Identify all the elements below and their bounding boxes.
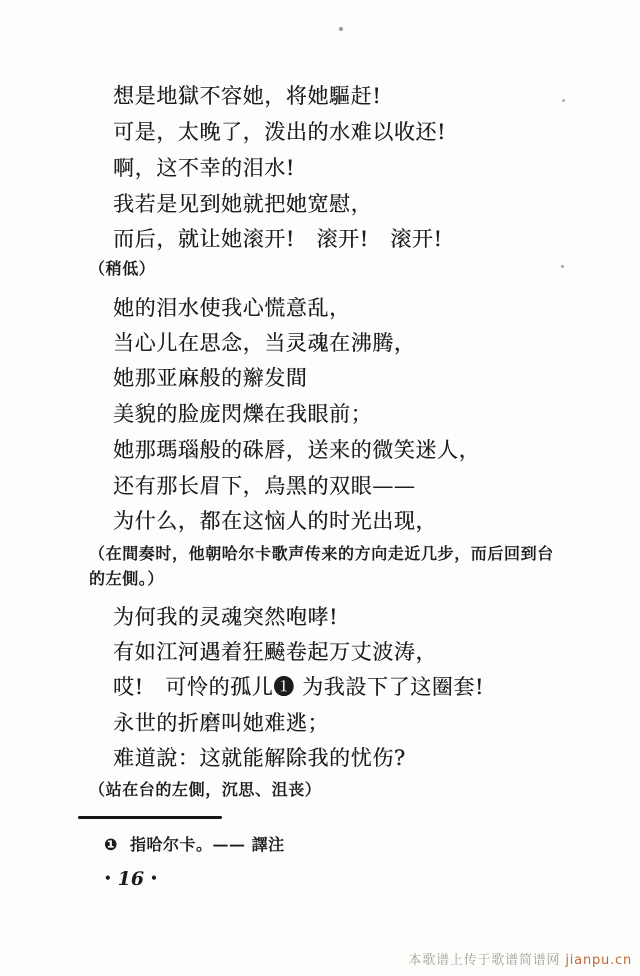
lyric-line: 为什么，都在这恼人的时光出现，	[113, 505, 437, 535]
lyric-line: 美貌的脸庞閃爍在我眼前；	[113, 398, 372, 428]
page-number-right-dot: •	[144, 871, 164, 885]
stage-direction: （站在台的左側，沉思、沮丧）	[89, 777, 321, 800]
footnote-marker-icon: ❶	[104, 835, 118, 854]
stage-direction: （在間奏时，他朝哈尔卡歌声传来的方向走近几步，而后回到台	[89, 541, 554, 564]
lyric-line: 可是，太晚了，泼出的水难以收还!	[113, 116, 446, 146]
footnote-rule	[78, 816, 222, 819]
lyric-line: 永世的折磨叫她难逃；	[113, 707, 329, 737]
scan-speck	[339, 27, 343, 31]
scanned-book-page: 想是地獄不容她，将她驅赶!可是，太晚了，泼出的水难以收还!啊，这不幸的泪水!我若…	[0, 0, 640, 976]
lyric-line: 她的泪水使我心慌意乱，	[113, 292, 351, 322]
lyric-line: 啊，这不幸的泪水!	[113, 152, 295, 182]
lyric-line: 她那亚麻般的辮发間	[113, 362, 307, 392]
lyric-line: 难道說：这就能解除我的忧伤?	[113, 742, 406, 772]
watermark: 本歌谱上传于歌谱简谱网jianpu.cn	[409, 949, 632, 968]
lyric-line: 她那瑪瑙般的硃唇，送来的微笑迷人，	[113, 434, 480, 464]
footnote: ❶指哈尔卡。—— 譯注	[104, 832, 285, 855]
page-number-left-dot: •	[98, 871, 118, 885]
lyric-line: 哎! 可怜的孤儿❶ 为我設下了这圈套!	[113, 671, 484, 701]
lyric-line: 为何我的灵魂突然咆哮!	[113, 601, 338, 631]
page-number-value: 16	[118, 868, 144, 890]
lyric-line: 有如江河遇着狂飇卷起万丈波涛，	[113, 636, 437, 666]
lyric-line: 当心儿在思念，当灵魂在沸腾，	[113, 327, 415, 357]
lyric-line: 我若是见到她就把她宽慰，	[113, 188, 372, 218]
lyric-line: 而后，就让她滚开! 滚开! 滚开!	[113, 223, 443, 253]
footnote-text: 指哈尔卡。—— 譯注	[130, 835, 285, 854]
page-number: •16•	[98, 868, 164, 890]
lyric-line: 还有那长眉下，烏黑的双眼——	[113, 470, 415, 500]
watermark-text: 本歌谱上传于歌谱简谱网	[409, 953, 561, 968]
scan-speck	[562, 99, 565, 102]
stage-direction: 的左側。）	[89, 566, 164, 589]
scan-speck	[561, 265, 564, 268]
lyric-line: 想是地獄不容她，将她驅赶!	[113, 80, 381, 110]
stage-direction: （稍低）	[89, 256, 155, 279]
watermark-site-link[interactable]: jianpu.cn	[565, 953, 632, 968]
